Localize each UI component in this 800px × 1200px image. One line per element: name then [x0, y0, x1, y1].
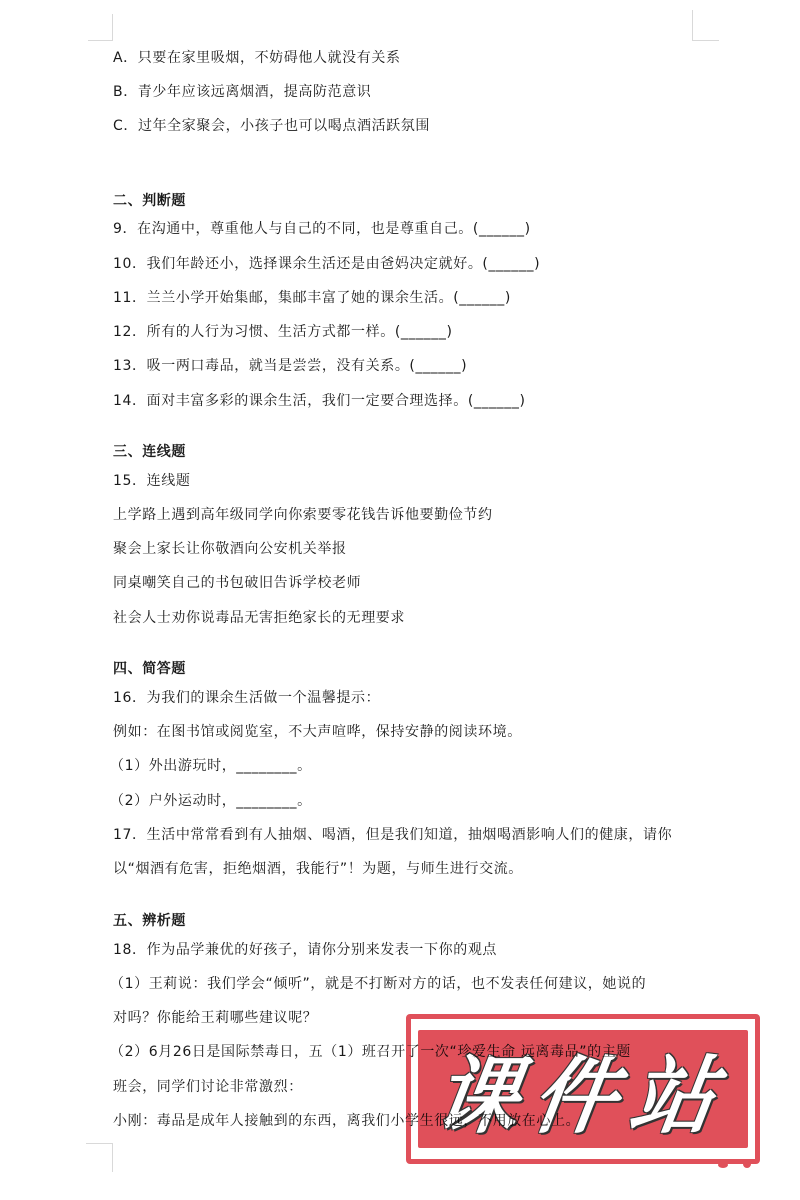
section-heading-matching: 三、连线题 [113, 443, 186, 461]
question-13: 13．吸一两口毒品，就当是尝尝，没有关系。(______) [113, 357, 467, 375]
choice-b: B．青少年应该远离烟酒，提高防范意识 [113, 83, 371, 101]
matching-line-3: 同桌嘲笑自己的书包破旧告诉学校老师 [113, 574, 361, 592]
question-10: 10．我们年龄还小，选择课余生活还是由爸妈决定就好。(______) [113, 255, 540, 273]
watermark-stamp-border [406, 1014, 760, 1164]
watermark-stamp-speck [718, 1162, 728, 1168]
question-14: 14．面对丰富多彩的课余生活，我们一定要合理选择。(______) [113, 392, 526, 410]
choice-a: A．只要在家里吸烟，不妨碍他人就没有关系 [113, 49, 401, 67]
question-16-example: 例如：在图书馆或阅览室，不大声喧哗，保持安静的阅读环境。 [113, 723, 522, 741]
question-11: 11．兰兰小学开始集邮，集邮丰富了她的课余生活。(______) [113, 289, 511, 307]
page-corner-mark-top-right [692, 10, 719, 41]
choice-c: C．过年全家聚会，小孩子也可以喝点酒活跃氛围 [113, 117, 430, 135]
watermark-stamp-speck [743, 1160, 751, 1168]
section-heading-true-false: 二、判断题 [113, 192, 186, 210]
question-18-part-2-line-2: 班会，同学们讨论非常激烈： [113, 1078, 303, 1096]
matching-line-1: 上学路上遇到高年级同学向你索要零花钱告诉他要勤俭节约 [113, 506, 493, 524]
question-18: 18．作为品学兼优的好孩子，请你分别来发表一下你的观点 [113, 941, 497, 959]
question-18-part-1-line-2: 对吗？你能给王莉哪些建议呢？ [113, 1009, 317, 1027]
section-heading-analysis: 五、辨析题 [113, 912, 186, 930]
question-18-part-2-line-3: 小刚：毒品是成年人接触到的东西，离我们小学生很远，不用放在心上。 [113, 1112, 580, 1130]
question-16-part-1: （1）外出游玩时，________。 [110, 757, 312, 775]
question-16: 16．为我们的课余生活做一个温馨提示： [113, 689, 380, 707]
question-12: 12．所有的人行为习惯、生活方式都一样。(______) [113, 323, 453, 341]
watermark-stamp: 课件站 [398, 1012, 770, 1170]
question-18-part-2-line-1: （2）6月26日是国际禁毒日，五（1）班召开了一次“珍爱生命 远离毒品”的主题 [110, 1043, 631, 1061]
matching-line-4: 社会人士劝你说毒品无害拒绝家长的无理要求 [113, 609, 405, 627]
page-corner-mark-top-left [88, 14, 113, 41]
page-corner-mark-bottom-left [86, 1143, 113, 1172]
question-17-line-1: 17．生活中常常看到有人抽烟、喝酒，但是我们知道，抽烟喝酒影响人们的健康，请你 [113, 826, 672, 844]
matching-line-2: 聚会上家长让你敬酒向公安机关举报 [113, 540, 347, 558]
question-17-line-2: 以“烟酒有危害，拒绝烟酒，我能行”！为题，与师生进行交流。 [113, 860, 523, 878]
question-9: 9．在沟通中，尊重他人与自己的不同，也是尊重自己。(______) [113, 220, 531, 238]
question-15: 15．连线题 [113, 472, 190, 490]
section-heading-short-answer: 四、简答题 [113, 660, 186, 678]
question-18-part-1-line-1: （1）王莉说：我们学会“倾听”，就是不打断对方的话，也不发表任何建议，她说的 [110, 975, 646, 993]
question-16-part-2: （2）户外运动时，________。 [110, 792, 312, 810]
